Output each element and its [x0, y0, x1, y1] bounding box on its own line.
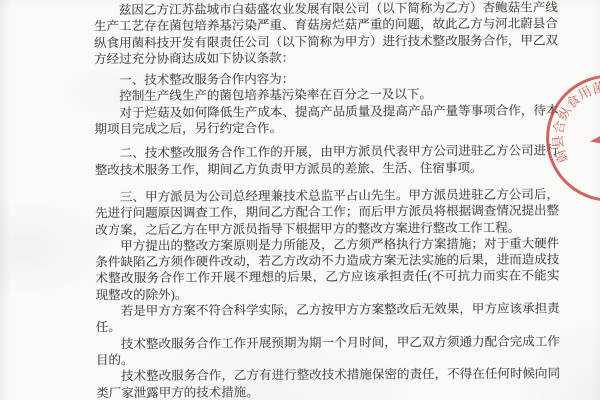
section-3-paragraph: 甲方提出的整改方案原则是力所能及，乙方须严格执行方案措施；对于重大硬件条件缺陷乙… [95, 235, 559, 303]
contract-body-text: 兹因乙方江苏盐城市白菇盛农业发展有限公司（以下简称为乙方）杏鲍菇生产线生产工艺存… [94, 0, 560, 400]
contract-section-3: 三、甲方派员为公司总经理兼技术总监平占山先生。甲方派员进驻乙方公司后，先进行问题… [95, 186, 560, 400]
section-3-paragraph: 若是甲方方案不符合科学实际，乙方按甲方方案整改后无效果，甲方应该承担责任。 [96, 300, 560, 335]
section-3-paragraph: 技术整改服务合作，乙方有进行整改技术措施保密的责任，不得在任何时候向同类厂家泄露… [96, 366, 560, 400]
contract-section-1: 一、技术整改服务合作内容为： 控制生产线生产的菌包培养基污染率在百分之一及以下。… [94, 70, 558, 138]
scanned-contract-page: 兹因乙方江苏盐城市白菇盛农业发展有限公司（以下简称为乙方）杏鲍菇生产线生产工艺存… [0, 0, 600, 400]
contract-intro-paragraph: 兹因乙方江苏盐城市白菇盛农业发展有限公司（以下简称为乙方）杏鲍菇生产线生产工艺存… [94, 0, 558, 67]
section-1-paragraph: 对于烂菇及如何降低生产成本、提高产品质量及提高产品产量等事项合作，待本期项目完成… [94, 102, 558, 137]
section-3-paragraph: 三、甲方派员为公司总经理兼技术总监平占山先生。甲方派员进驻乙方公司后，先进行问题… [95, 186, 559, 238]
seal-star-icon [583, 111, 600, 161]
contract-section-2: 二、技术整改服务合作工作的开展，由甲方派员代表甲方公司进驻乙方公司进行整改技术服… [95, 143, 559, 178]
section-3-paragraph: 技术整改服务合作工作开展预期为期一个月时间，甲乙双方须通力配合完成工作目的。 [96, 333, 560, 368]
section-2-paragraph: 二、技术整改服务合作工作的开展，由甲方派员代表甲方公司进驻乙方公司进行整改技术服… [95, 143, 559, 178]
